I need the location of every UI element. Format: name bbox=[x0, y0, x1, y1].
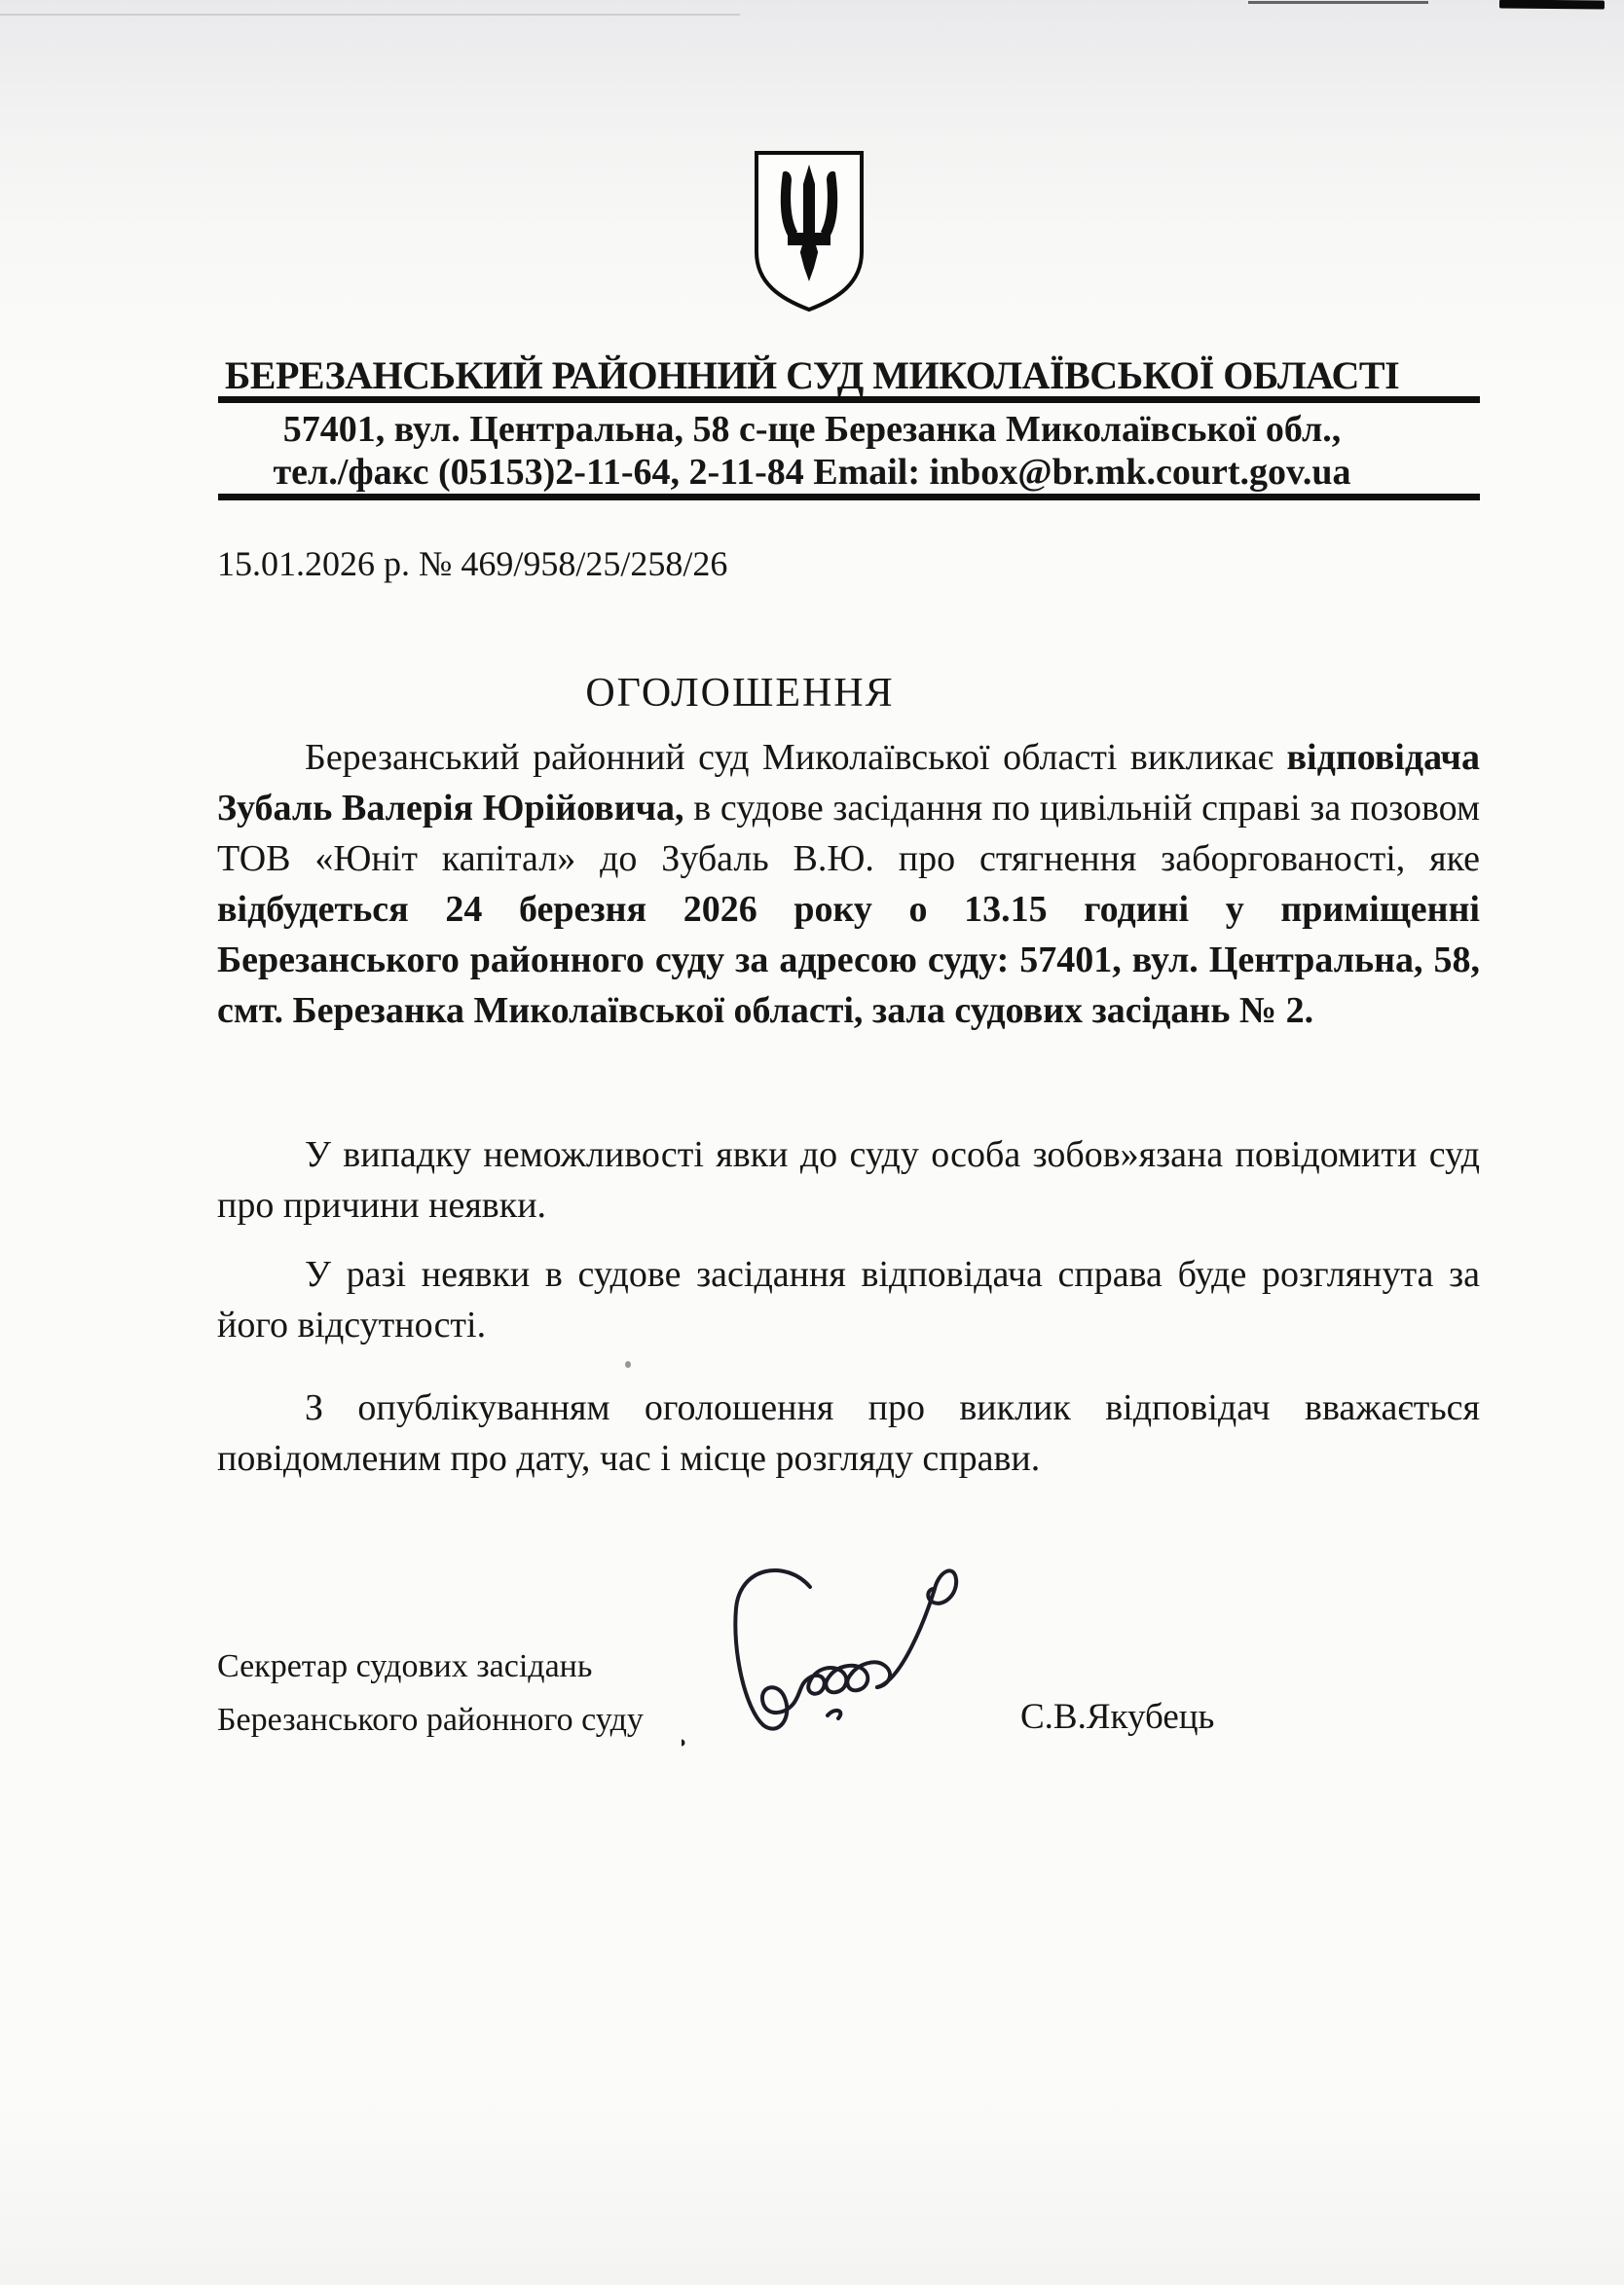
scanned-court-letter: БЕРЕЗАНСЬКИЙ РАЙОННИЙ СУД МИКОЛАЇВСЬКОЇ … bbox=[0, 0, 1624, 2285]
court-contact-line: тел./факс (05153)2-11-64, 2-11-84 Email:… bbox=[156, 451, 1468, 494]
defendant-name: Зубаль Валерія Юрійовича, bbox=[217, 788, 684, 829]
paragraph-summons-text: Березанський районний суд Миколаївської … bbox=[305, 737, 1287, 778]
signer-role-line1: Секретар судових засідань bbox=[217, 1648, 592, 1685]
handwritten-signature bbox=[682, 1556, 1071, 1760]
signer-role-line2: Березанського районного суду bbox=[217, 1702, 644, 1739]
defendant-label: відповідача bbox=[1287, 737, 1480, 778]
paragraph-absence-consequence: У разі неявки в судове засідання відпові… bbox=[217, 1249, 1480, 1350]
scan-edge-artifact bbox=[1248, 1, 1428, 4]
date-and-case-number: 15.01.2026 р. № 469/958/25/258/26 bbox=[217, 543, 727, 584]
header-divider-bottom bbox=[218, 494, 1480, 500]
scan-speck bbox=[625, 1361, 631, 1368]
scan-corner-mark bbox=[1499, 0, 1605, 10]
paragraph-summons: Березанський районний суд Миколаївської … bbox=[217, 732, 1480, 1036]
signer-name: С.В.Якубець bbox=[1020, 1696, 1214, 1738]
document-title: ОГОЛОШЕННЯ bbox=[58, 670, 1421, 717]
header-divider-top bbox=[218, 396, 1480, 403]
court-address-line: 57401, вул. Центральна, 58 с-ще Березанк… bbox=[156, 408, 1468, 451]
ukraine-trident-emblem bbox=[750, 149, 868, 314]
court-name-heading: БЕРЕЗАНСЬКИЙ РАЙОННИЙ СУД МИКОЛАЇВСЬКОЇ … bbox=[130, 352, 1494, 398]
paragraph-notify-obligation: У випадку неможливості явки до суду особ… bbox=[217, 1129, 1480, 1231]
paragraph-publication-notice: З опублікуванням оголошення про виклик в… bbox=[217, 1382, 1480, 1484]
scan-edge-artifact bbox=[0, 14, 740, 16]
hearing-date-address: відбудеться 24 березня 2026 року о 13.15… bbox=[217, 889, 1480, 1031]
